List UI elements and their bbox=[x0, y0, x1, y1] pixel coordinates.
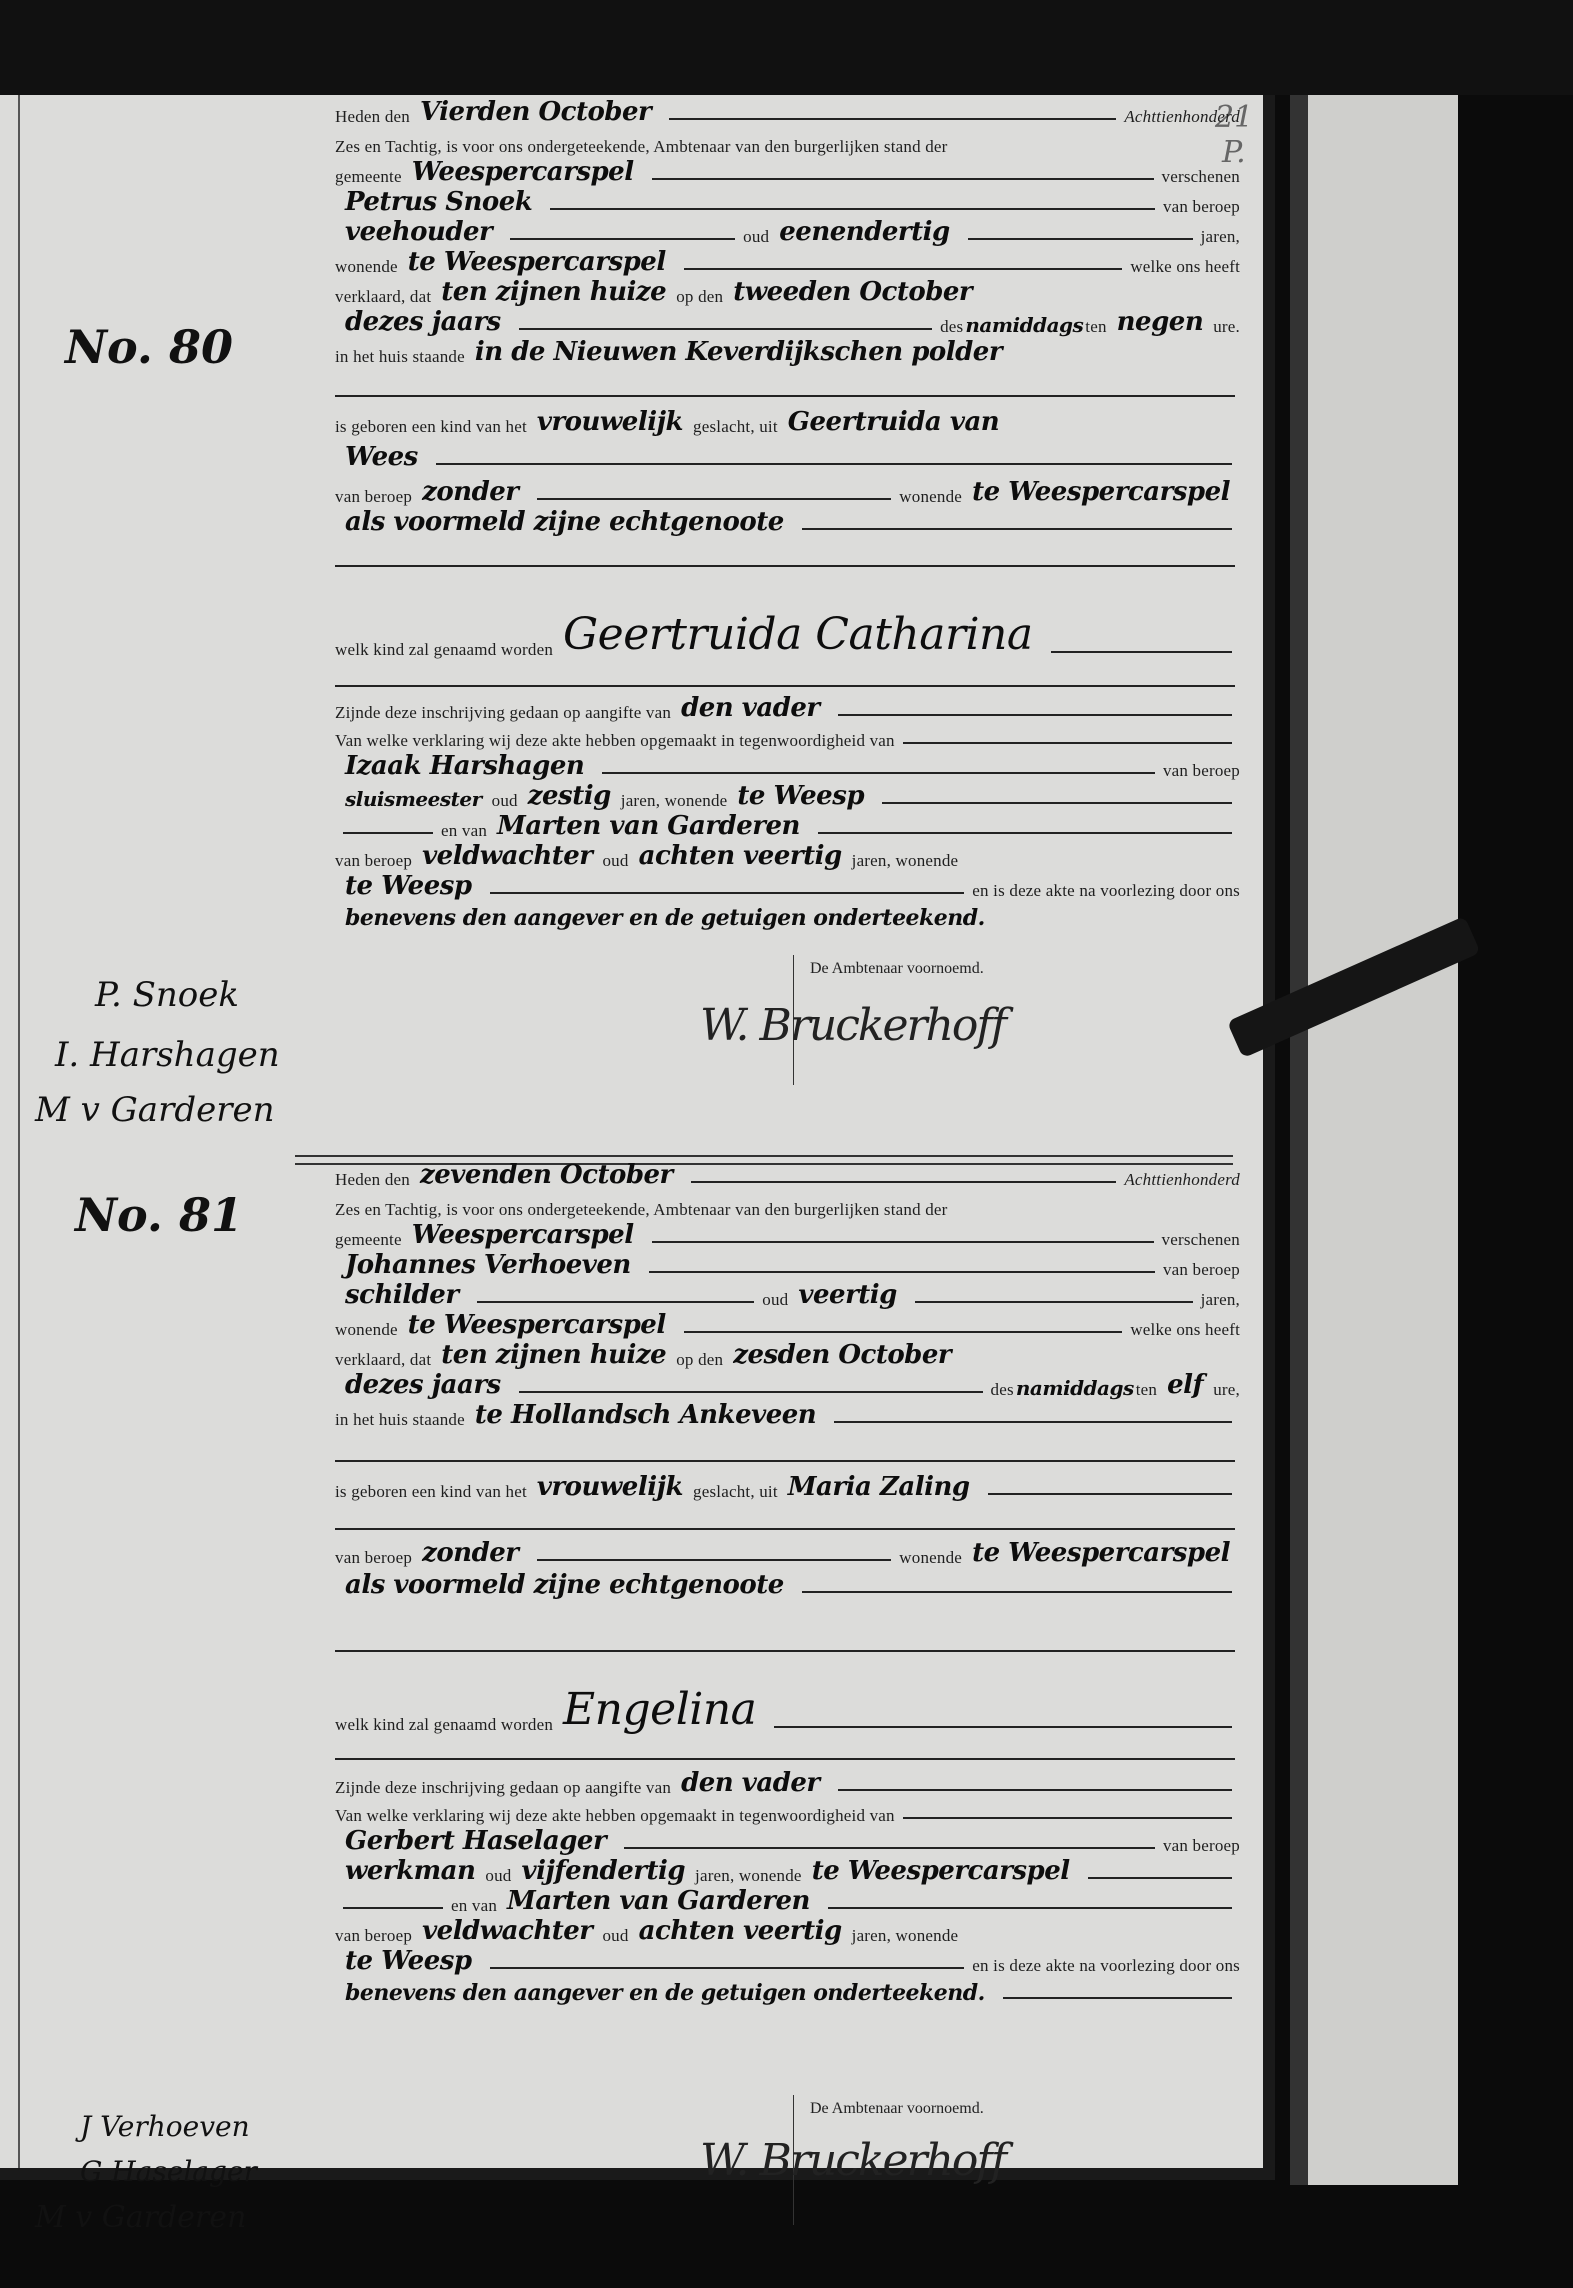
line-year-time: dezes jaars des namiddags ten negen ure. bbox=[335, 307, 1240, 337]
line-witness2-residence: te Weesp en is deze akte na voorlezing d… bbox=[335, 871, 1240, 901]
line-gemeente: gemeente Weespercarspel verschenen bbox=[335, 1220, 1240, 1250]
line-declarant: Johannes Verhoeven van beroep bbox=[335, 1250, 1240, 1280]
signature-declarant: J Verhoeven bbox=[80, 2110, 250, 2143]
line-witness2: en van Marten van Garderen bbox=[335, 1886, 1240, 1916]
declarant-name: Petrus Snoek bbox=[345, 187, 532, 217]
line-informant: Zijnde deze inschrijving gedaan op aangi… bbox=[335, 693, 1240, 723]
entry-number: No. 80 bbox=[65, 320, 233, 374]
line-residence: wonende te Weespercarspel welke ons heef… bbox=[335, 247, 1240, 277]
line-declared: verklaard, dat ten zijnen huize op den z… bbox=[335, 1340, 1240, 1370]
line-closing: benevens den aangever en de getuigen ond… bbox=[335, 1976, 1240, 2006]
line-born: is geboren een kind van het vrouwelijk g… bbox=[335, 1472, 1240, 1502]
line-house: in het huis staande in de Nieuwen Keverd… bbox=[335, 337, 1240, 367]
line-occupation-age: schilder oud veertig jaren, bbox=[335, 1280, 1240, 1310]
mother-name: Maria Zaling bbox=[788, 1472, 970, 1502]
line-child-name: welk kind zal genaamd worden Engelina bbox=[335, 1675, 1240, 1735]
declarant-name: Johannes Verhoeven bbox=[345, 1250, 631, 1280]
line-house: in het huis staande te Hollandsch Ankeve… bbox=[335, 1400, 1240, 1430]
line-gemeente: gemeente Weespercarspel verschenen bbox=[335, 157, 1240, 187]
line-occupation-age: veehouder oud eenendertig jaren, bbox=[335, 217, 1240, 247]
line-witness2: en van Marten van Garderen bbox=[335, 811, 1240, 841]
signature-witness1: I. Harshagen bbox=[55, 1035, 280, 1075]
line-witness2-details: van beroep veldwachter oud achten veerti… bbox=[335, 841, 1240, 871]
line-year-time: dezes jaars des namiddags ten elf ure, bbox=[335, 1370, 1240, 1400]
line-declared: verklaard, dat ten zijnen huize op den t… bbox=[335, 277, 1240, 307]
line-witness1-details: sluismeester oud zestig jaren, wonende t… bbox=[335, 781, 1240, 811]
line-declarant: Petrus Snoek van beroep bbox=[335, 187, 1240, 217]
line-heden-den: Heden den zevenden October Achttienhonde… bbox=[335, 1160, 1240, 1190]
line-mother-occupation: van beroep zonder wonende te Weespercars… bbox=[335, 1538, 1240, 1568]
child-name: Geertruida Catharina bbox=[563, 609, 1033, 660]
scan-border-top bbox=[0, 0, 1573, 95]
child-name: Engelina bbox=[563, 1684, 756, 1735]
signature-witness1: G Haselager bbox=[80, 2155, 257, 2188]
line-closing: benevens den aangever en de getuigen ond… bbox=[335, 901, 1240, 931]
line-preamble: Zes en Tachtig, is voor ons ondergeteeke… bbox=[335, 1190, 1240, 1220]
date-written: Vierden October bbox=[420, 97, 651, 127]
official-label: De Ambtenaar voornoemd. bbox=[810, 960, 984, 978]
line-spouse: als voormeld zijne echtgenoote bbox=[335, 1570, 1240, 1600]
mother-name: Geertruida van bbox=[788, 407, 999, 437]
entry-number: No. 81 bbox=[75, 1188, 243, 1242]
line-witness2-details: van beroep veldwachter oud achten veerti… bbox=[335, 1916, 1240, 1946]
line-mother-cont: Wees bbox=[335, 442, 1240, 472]
binding-strip bbox=[1290, 95, 1458, 2185]
witness1-name: Izaak Harshagen bbox=[345, 751, 584, 781]
line-mother-occupation: van beroep zonder wonende te Weespercars… bbox=[335, 477, 1240, 507]
line-residence: wonende te Weespercarspel welke ons heef… bbox=[335, 1310, 1240, 1340]
line-preamble: Zes en Tachtig, is voor ons ondergeteeke… bbox=[335, 127, 1240, 157]
official-signature: W. Bruckerhoff bbox=[700, 2135, 1005, 2186]
margin-line bbox=[18, 95, 20, 2168]
line-born: is geboren een kind van het vrouwelijk g… bbox=[335, 407, 1240, 437]
line-witness1-details: werkman oud vijfendertig jaren, wonende … bbox=[335, 1856, 1240, 1886]
signature-declarant: P. Snoek bbox=[95, 975, 239, 1015]
official-label: De Ambtenaar voornoemd. bbox=[810, 2100, 984, 2118]
line-heden-den: Heden den Vierden October Achttienhonder… bbox=[335, 97, 1240, 127]
line-witness-intro: Van welke verklaring wij deze akte hebbe… bbox=[335, 1796, 1240, 1826]
witness2-name: Marten van Garderen bbox=[497, 811, 800, 841]
witness1-name: Gerbert Haselager bbox=[345, 1826, 606, 1856]
date-written: zevenden October bbox=[420, 1160, 673, 1190]
line-spouse: als voormeld zijne echtgenoote bbox=[335, 507, 1240, 537]
signature-witness2: M v Garderen bbox=[35, 2200, 246, 2235]
register-page: 21 P. No. 80 Heden den Vierden October A… bbox=[0, 95, 1275, 2180]
line-witness2-residence: te Weesp en is deze akte na voorlezing d… bbox=[335, 1946, 1240, 1976]
line-witness1: Izaak Harshagen van beroep bbox=[335, 751, 1240, 781]
signature-witness2: M v Garderen bbox=[35, 1090, 274, 1130]
official-signature: W. Bruckerhoff bbox=[700, 1000, 1005, 1051]
line-witness-intro: Van welke verklaring wij deze akte hebbe… bbox=[335, 721, 1240, 751]
line-informant: Zijnde deze inschrijving gedaan op aangi… bbox=[335, 1768, 1240, 1798]
line-witness1: Gerbert Haselager van beroep bbox=[335, 1826, 1240, 1856]
witness2-name: Marten van Garderen bbox=[507, 1886, 810, 1916]
line-child-name: welk kind zal genaamd worden Geertruida … bbox=[335, 600, 1240, 660]
